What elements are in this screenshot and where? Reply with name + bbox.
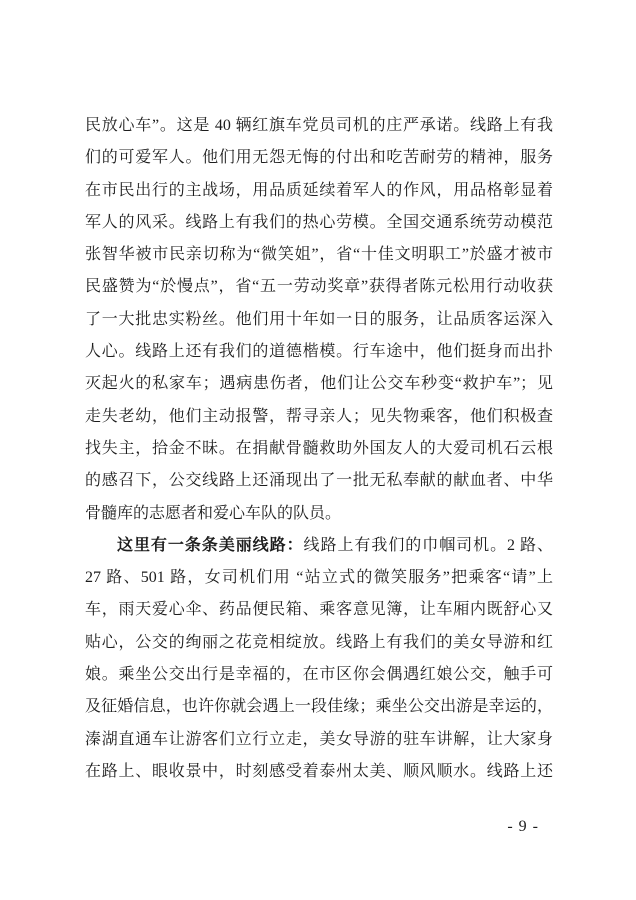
text-run: 线路上有我们的巾帼司机。2 路、 (304, 537, 553, 554)
text-line: 在路上、眼收景中，时刻感受着泰州太美、顺风顺水。线路上还 (85, 756, 553, 788)
text-run: 在市民出行的主战场，用品质延续着军人的作风，用品格彰显着 (85, 182, 553, 199)
paragraph-lead: 这里有一条条美丽线路： (117, 537, 304, 554)
text-line: 民盛赞为“於慢点”，省“五一劳动奖章”获得者陈元松用行动收获 (85, 271, 553, 303)
text-line: 们的可爱军人。他们用无怨无悔的付出和吃苦耐劳的精神，服务 (85, 142, 553, 174)
text-line: 灭起火的私家车；遇病患伤者，他们让公交车秒变“救护车”；见 (85, 368, 553, 400)
text-run: 张智华被市民亲切称为“微笑姐”，省“十佳文明职工”於盛才被市 (85, 246, 553, 263)
text-line: 的感召下，公交线路上还涌现出了一批无私奉献的献血者、中华 (85, 465, 553, 497)
document-page: 民放心车”。这是 40 辆红旗车党员司机的庄严承诺。线路上有我们的可爱军人。他们… (0, 0, 636, 900)
text-run: 民放心车”。这是 40 辆红旗车党员司机的庄严承诺。线路上有我 (85, 117, 553, 134)
text-run: 灭起火的私家车；遇病患伤者，他们让公交车秒变“救护车”；见 (85, 375, 553, 392)
text-line: 溱湖直通车让游客们立行立走，美女导游的驻车讲解，让大家身 (85, 724, 553, 756)
text-line: 走失老幼，他们主动报警，帮寻亲人；见失物乘客，他们积极查 (85, 401, 553, 433)
page-number: - 9 - (0, 818, 539, 836)
text-run: 骨髓库的志愿者和爱心车队的队员。 (85, 505, 341, 522)
text-run: 的感召下，公交线路上还涌现出了一批无私奉献的献血者、中华 (85, 472, 553, 489)
text-run: 找失主，拾金不昧。在捐献骨髓救助外国友人的大爱司机石云根 (85, 440, 553, 457)
text-line: 贴心，公交的绚丽之花竞相绽放。线路上有我们的美女导游和红 (85, 627, 553, 659)
text-line: 骨髓库的志愿者和爱心车队的队员。 (85, 498, 553, 530)
text-run: 人心。线路上还有我们的道德楷模。行车途中，他们挺身而出扑 (85, 343, 553, 360)
text-line: 民放心车”。这是 40 辆红旗车党员司机的庄严承诺。线路上有我 (85, 110, 553, 142)
text-line: 人心。线路上还有我们的道德楷模。行车途中，他们挺身而出扑 (85, 336, 553, 368)
text-line: 车，雨天爱心伞、药品便民箱、乘客意见簿，让车厢内既舒心又 (85, 594, 553, 626)
text-run: 贴心，公交的绚丽之花竞相绽放。线路上有我们的美女导游和红 (85, 634, 553, 651)
text-run: 在路上、眼收景中，时刻感受着泰州太美、顺风顺水。线路上还 (85, 763, 553, 780)
text-line: 在市民出行的主战场，用品质延续着军人的作风，用品格彰显着 (85, 175, 553, 207)
text-run: 了一大批忠实粉丝。他们用十年如一日的服务，让品质客运深入 (85, 311, 553, 328)
text-run: 车，雨天爱心伞、药品便民箱、乘客意见簿，让车厢内既舒心又 (85, 601, 553, 618)
text-run: 民盛赞为“於慢点”，省“五一劳动奖章”获得者陈元松用行动收获 (85, 278, 553, 295)
text-line: 娘。乘坐公交出行是幸福的，在市区你会偶遇红娘公交，触手可 (85, 659, 553, 691)
document-body: 民放心车”。这是 40 辆红旗车党员司机的庄严承诺。线路上有我们的可爱军人。他们… (85, 110, 553, 788)
text-run: 27 路、501 路，女司机们用 “站立式的微笑服务”把乘客“请”上 (85, 569, 553, 586)
text-run: 走失老幼，他们主动报警，帮寻亲人；见失物乘客，他们积极查 (85, 408, 553, 425)
text-run: 及征婚信息，也许你就会遇上一段佳缘；乘坐公交出游是幸运的， (85, 698, 553, 715)
text-line: 这里有一条条美丽线路：线路上有我们的巾帼司机。2 路、 (85, 530, 553, 562)
text-run: 娘。乘坐公交出行是幸福的，在市区你会偶遇红娘公交，触手可 (85, 666, 553, 683)
text-line: 找失主，拾金不昧。在捐献骨髓救助外国友人的大爱司机石云根 (85, 433, 553, 465)
text-run: 溱湖直通车让游客们立行立走，美女导游的驻车讲解，让大家身 (85, 731, 553, 748)
text-line: 27 路、501 路，女司机们用 “站立式的微笑服务”把乘客“请”上 (85, 562, 553, 594)
text-line: 军人的风采。线路上有我们的热心劳模。全国交通系统劳动模范 (85, 207, 553, 239)
text-line: 张智华被市民亲切称为“微笑姐”，省“十佳文明职工”於盛才被市 (85, 239, 553, 271)
text-run: 们的可爱军人。他们用无怨无悔的付出和吃苦耐劳的精神，服务 (85, 149, 553, 166)
text-line: 了一大批忠实粉丝。他们用十年如一日的服务，让品质客运深入 (85, 304, 553, 336)
text-run: 军人的风采。线路上有我们的热心劳模。全国交通系统劳动模范 (85, 214, 553, 231)
text-line: 及征婚信息，也许你就会遇上一段佳缘；乘坐公交出游是幸运的， (85, 691, 553, 723)
